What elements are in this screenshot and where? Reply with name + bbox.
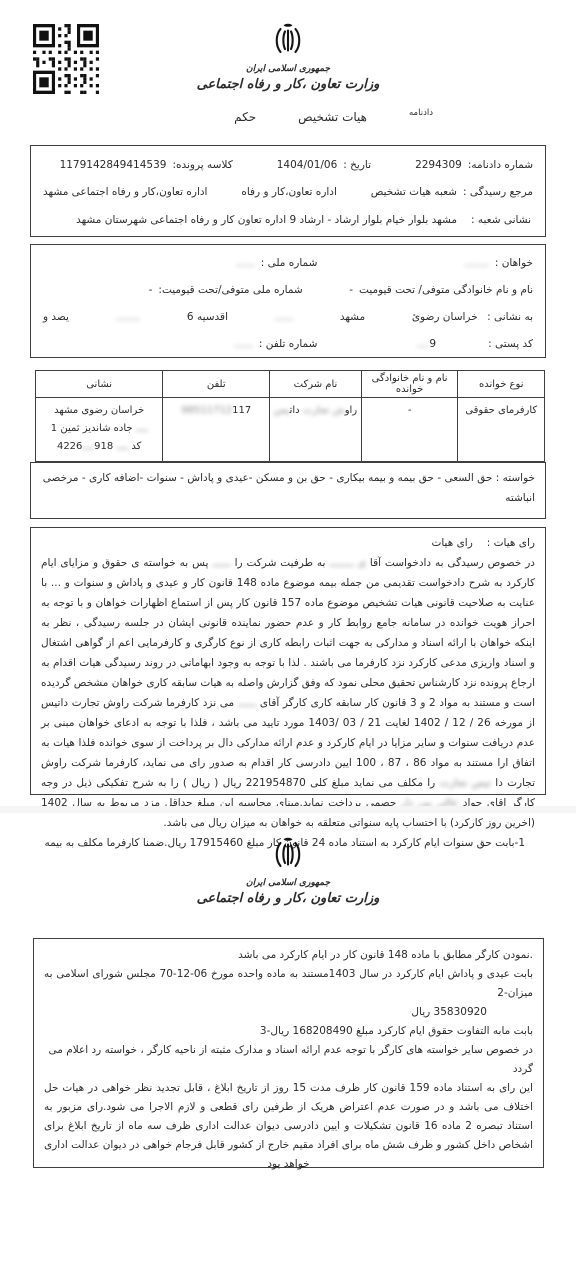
redacted-text: تیس تجارت <box>439 777 491 789</box>
ruling-seg: پس به خواسته ی حقوق و مزایای ایام کارکرد… <box>41 557 535 709</box>
ruling-box: رای هیات :رای هیات در خصوص رسیدگی به داد… <box>30 527 546 795</box>
ruling-seg: به طرفیت شرکت را <box>235 557 326 569</box>
defendant-table: نوع خوانده نام و نام خانوادگی خوانده نام… <box>35 370 545 462</box>
defendant-name-header: نام و نام خانوادگی خوانده <box>361 371 458 398</box>
plaintiff-row-4: کد پستی : 9ــــ شماره تلفن : ــــــ <box>43 330 533 357</box>
claim-box: خواسته : حق السعی - حق بیمه و بیمه بیکار… <box>30 462 546 519</box>
plaintiff-box: خواهان : ــــــــ شماره ملی : ــــــ نام… <box>30 244 546 358</box>
ruling-title: رای هیات :رای هیات <box>41 533 535 553</box>
republic-title: جمهوری اسلامی ایران <box>0 64 576 74</box>
appeal-notice: این رای به استناد ماده 159 قانون کار ظرف… <box>44 1079 533 1174</box>
plaintiff-row-1: خواهان : ــــــــ شماره ملی : ــــــ <box>43 249 533 276</box>
plaintiff-national-id: شماره ملی : ــــــ <box>43 257 317 269</box>
defendant-name-cell: - <box>361 398 458 462</box>
doc-type-label: دادنامه <box>409 108 433 118</box>
plaintiff-row-3: به نشانی : خراسان رضوئ مشهد ــــــ اقدسی… <box>43 303 533 330</box>
plaintiff-name: خواهان : ــــــــ <box>317 257 533 269</box>
redacted-text: ــــــ <box>212 557 230 569</box>
address-tail: یصد و <box>43 311 69 323</box>
defendant-type-header: نوع خوانده <box>458 371 545 398</box>
final-item-3: بابت مابه التفاوت حقوق ایام کارکرد مبلغ … <box>44 1022 533 1041</box>
page2-header: جمهوری اسلامی ایران وزارت تعاون ،کار و ر… <box>0 836 576 906</box>
address-header: نشانی <box>36 371 163 398</box>
case-info-row-3: نشانی شعبه : مشهد بلوار خیام بلوار ارشاد… <box>43 206 533 234</box>
case-info-row-1: شماره دادنامه:2294309 تاریخ :1404/01/06 … <box>43 151 533 179</box>
authority-office-2: اداره تعاون،کار و رفاه اجتماعی مشهد <box>43 186 207 198</box>
ministry-title: وزارت تعاون ،کار و رفاه اجتماعی <box>0 891 576 906</box>
case-info-row-2: مرجع رسیدگی :شعبه هیات تشخیص اداره تعاون… <box>43 179 533 207</box>
address-city: مشهد <box>340 311 365 323</box>
ruling-text: در خصوص رسیدگی به دادخواست آقا ی ـــــــ… <box>41 553 535 833</box>
final-item-2-amount: 35830920 ریال <box>44 1003 533 1022</box>
phone-header: تلفن <box>163 371 270 398</box>
phone-redacted: ــــــ <box>234 338 252 350</box>
authority: مرجع رسیدگی :شعبه هیات تشخیص <box>371 186 533 198</box>
page-separator <box>0 806 576 813</box>
redacted-text: ــــــ <box>238 697 256 709</box>
ruling-seg: حصمی پرداخت نماید.مبنای محاسبه این مبلغ … <box>41 797 535 829</box>
ruling-seg: می نزد کارفرما شرکت راوش تجارت داتیس از … <box>41 697 535 789</box>
claim-text: حق السعی - حق بیمه و بیمه بیکاری - حق بن… <box>43 472 535 504</box>
branch-address-label: نشانی شعبه : <box>471 214 531 226</box>
national-emblem-icon <box>273 857 303 876</box>
case-class-number: کلاسه پرونده:1179142849414539 <box>60 159 233 171</box>
other-claims-rejection: در خصوص سایر خواسته های کارگر با توجه عد… <box>44 1041 533 1079</box>
republic-title: جمهوری اسلامی ایران <box>0 878 576 888</box>
authority-office: اداره تعاون،کار و رفاه <box>241 186 337 198</box>
plaintiff-nid-redacted: ــــــ <box>236 257 254 269</box>
board-label: هیات تشخیص <box>298 110 367 124</box>
dadnameh-number: شماره دادنامه:2294309 <box>415 159 533 171</box>
company-name-cell: راوش تجارت داتیس <box>270 398 362 462</box>
ministry-title: وزارت تعاون ،کار و رفاه اجتماعی <box>0 77 576 92</box>
defendant-phone-cell: 98511712117 <box>163 398 270 462</box>
final-line-continuation: .نمودن کارگر مطابق با ماده 148 قانون کار… <box>44 946 533 965</box>
phone-number: شماره تلفن : ــــــ <box>43 338 317 350</box>
document-page: { "header": { "republic": "جمهوری اسلامی… <box>0 0 576 1280</box>
company-name-header: نام شرکت <box>270 371 362 398</box>
postal-code: کد پستی : 9ــــ <box>317 338 533 350</box>
defendant-header-row: نوع خوانده نام و نام خانوادگی خوانده نام… <box>36 371 545 398</box>
case-info-box: شماره دادنامه:2294309 تاریخ :1404/01/06 … <box>30 145 546 237</box>
deceased-name: نام و نام خانوادگی متوفی/ تحت قیومیت - <box>303 284 533 296</box>
verdict-label: حکم <box>234 110 256 124</box>
plaintiff-row-2: نام و نام خانوادگی متوفی/ تحت قیومیت - ش… <box>43 276 533 303</box>
final-ruling-box: .نمودن کارگر مطابق با ماده 148 قانون کار… <box>33 938 544 1168</box>
defendant-row: کارفرمای حقوقی - راوش تجارت داتیس 985117… <box>36 398 545 462</box>
doc-type-row: دادنامه هیات تشخیص حکم <box>0 110 576 124</box>
redacted-text: ی ــــــــ <box>329 557 366 569</box>
address-label-province: به نشانی : خراسان رضوئ <box>412 311 533 323</box>
national-emblem-icon <box>273 43 303 62</box>
final-item-2: بابت عیدی و پاداش ایام کارکرد در سال 140… <box>44 965 533 1003</box>
page1-header: جمهوری اسلامی ایران وزارت تعاون ،کار و ر… <box>0 22 576 92</box>
plaintiff-name-redacted: ــــــــ <box>464 257 489 269</box>
address-redacted-2: ــــــــ <box>116 311 141 323</box>
defendant-address-cell: خراسان رضوی مشهد ــــ جاده شاندیز ثمین 1… <box>36 398 163 462</box>
ruling-seg: در خصوص رسیدگی به دادخواست آقا <box>370 557 535 569</box>
address-district: اقدسیه 6 <box>187 311 228 323</box>
branch-address: مشهد بلوار خیام بلوار ارشاد - ارشاد 9 اد… <box>76 214 457 226</box>
defendant-type-cell: کارفرمای حقوقی <box>458 398 545 462</box>
deceased-national-id: شماره ملی متوفی/تحت قیومیت: - <box>43 284 303 296</box>
claim-label: خواسته : <box>496 472 535 484</box>
address-redacted-1: ــــــ <box>275 311 293 323</box>
case-date: تاریخ :1404/01/06 <box>277 159 371 171</box>
